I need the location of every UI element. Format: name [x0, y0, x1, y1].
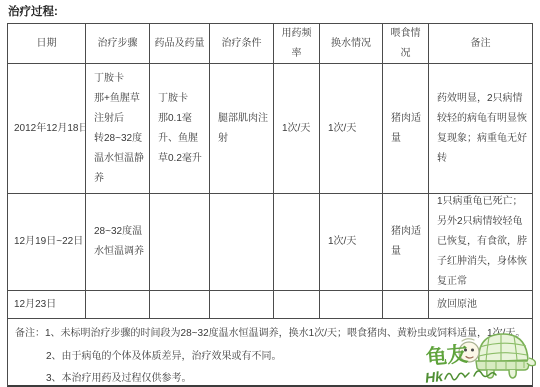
watermark-brand-text: 龟友: [425, 342, 469, 370]
cell-r1-condition: 腿部肌肉注 射: [210, 64, 274, 194]
cell-r3-medicine: [150, 291, 210, 319]
cell-r2-steps: 28~32度温 水恒温调养: [86, 194, 150, 291]
cell-r2-date: 12月19日~22日: [8, 194, 86, 291]
cell-r2-water-change: 1次/天: [320, 194, 383, 291]
cell-r1-date: 2012年12月18日: [8, 64, 86, 194]
cell-r2-medicine: [150, 194, 210, 291]
col-header-frequency: 用药频 率: [274, 24, 320, 64]
cell-r1-steps: 丁胺卡 那+鱼腥草 注射后 转28~32度 温水恒温静 养: [86, 64, 150, 194]
watermark-signature-text: Hk: [424, 368, 445, 386]
col-header-medicine: 药品及药量: [150, 24, 210, 64]
cell-r3-condition: [210, 291, 274, 319]
cell-r2-condition: [210, 194, 274, 291]
cell-r3-feeding: [383, 291, 429, 319]
cell-r2-remarks: 1只病重龟已死亡； 另外2只病情较轻龟 已恢复，有食欲，脖 子红肿消失，身体恢 …: [429, 194, 532, 291]
cell-r3-remarks: 放回原池: [429, 291, 532, 319]
cell-r1-remarks: 药效明显，2只病情 较轻的病龟有明显恢 复现象；病重龟无好 转: [429, 64, 532, 194]
cell-r2-frequency: [274, 194, 320, 291]
cell-r1-medicine: 丁胺卡 那0.1毫 升、鱼腥 草0.2毫升: [150, 64, 210, 194]
col-header-date: 日期: [8, 24, 86, 64]
col-header-water-change: 换水情况: [320, 24, 383, 64]
col-header-remarks: 备注: [429, 24, 532, 64]
col-header-feeding: 喂食情 况: [383, 24, 429, 64]
page-title: 治疗过程:: [8, 3, 58, 19]
cell-r1-frequency: 1次/天: [274, 64, 320, 194]
cell-r3-water-change: [320, 291, 383, 319]
col-header-steps: 治疗步骤: [86, 24, 150, 64]
cell-r3-date: 12月23日: [8, 291, 86, 319]
col-header-condition: 治疗条件: [210, 24, 274, 64]
cell-r3-frequency: [274, 291, 320, 319]
turtle-watermark: 龟友 Hk: [423, 327, 540, 387]
cell-r1-feeding: 猪肉适 量: [383, 64, 429, 194]
cell-r2-feeding: 猪肉适 量: [383, 194, 429, 291]
treatment-log-document: 治疗过程: 日期 治疗步骤 药品及药量 治疗条件 用药频 率 换水情况 喂食情 …: [0, 0, 540, 387]
turtle-shell-drawing: [476, 334, 535, 378]
cell-r3-steps: [86, 291, 150, 319]
cell-r1-water-change: 1次/天: [320, 64, 383, 194]
